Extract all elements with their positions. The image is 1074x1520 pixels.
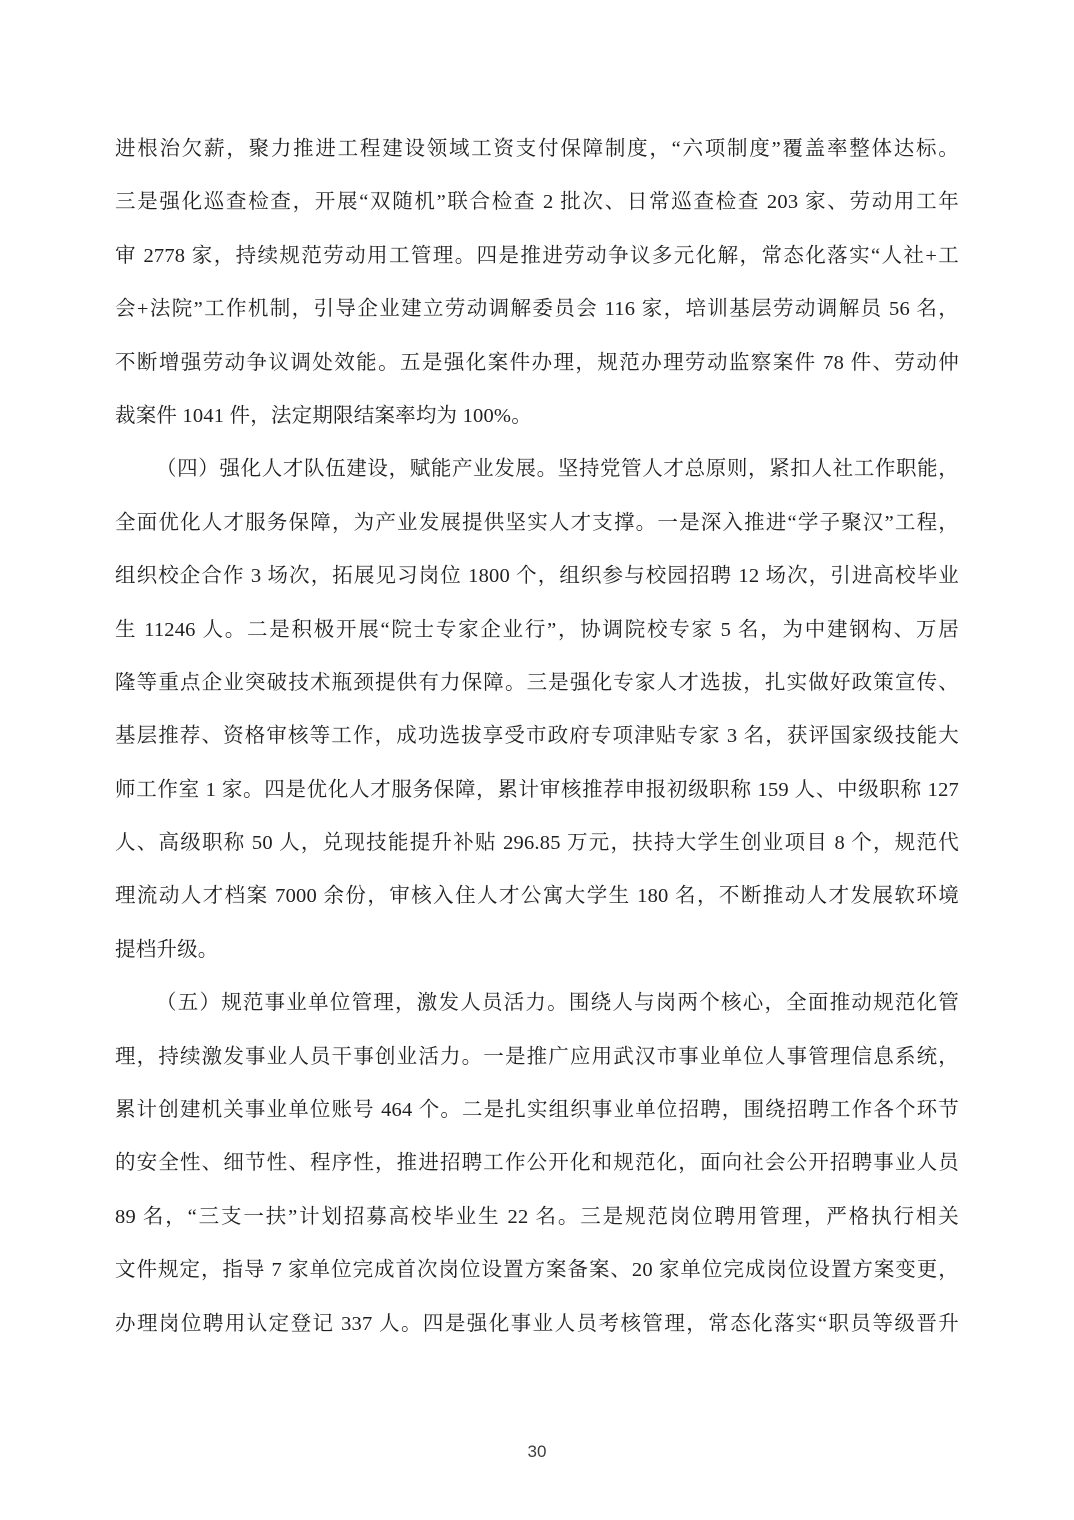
text-line: 进根治欠薪，聚力推进工程建设领域工资支付保障制度，“六项制度”覆盖率整体达标。 [115, 123, 959, 176]
document-body: 进根治欠薪，聚力推进工程建设领域工资支付保障制度，“六项制度”覆盖率整体达标。三… [115, 123, 959, 1351]
text-line: 隆等重点企业突破技术瓶颈提供有力保障。三是强化专家人才选拔，扎实做好政策宣传、 [115, 657, 959, 710]
text-line: 组织校企合作 3 场次，拓展见习岗位 1800 个，组织参与校园招聘 12 场次… [115, 550, 959, 603]
text-line: 人、高级职称 50 人，兑现技能提升补贴 296.85 万元，扶持大学生创业项目… [115, 817, 959, 870]
text-line: 裁案件 1041 件，法定期限结案率均为 100%。 [115, 390, 959, 443]
text-line: 提档升级。 [115, 924, 959, 977]
text-line: （四）强化人才队伍建设，赋能产业发展。坚持党管人才总原则，紧扣人社工作职能， [115, 443, 959, 496]
text-line: 89 名，“三支一扶”计划招募高校毕业生 22 名。三是规范岗位聘用管理，严格执… [115, 1191, 959, 1244]
text-line: 不断增强劳动争议调处效能。五是强化案件办理，规范办理劳动监察案件 78 件、劳动… [115, 337, 959, 390]
text-line: 师工作室 1 家。四是优化人才服务保障，累计审核推荐申报初级职称 159 人、中… [115, 764, 959, 817]
text-line: 审 2778 家，持续规范劳动用工管理。四是推进劳动争议多元化解，常态化落实“人… [115, 230, 959, 283]
text-line: 办理岗位聘用认定登记 337 人。四是强化事业人员考核管理，常态化落实“职员等级… [115, 1298, 959, 1351]
text-line: 会+法院”工作机制，引导企业建立劳动调解委员会 116 家，培训基层劳动调解员 … [115, 283, 959, 336]
text-line: 基层推荐、资格审核等工作，成功选拔享受市政府专项津贴专家 3 名，获评国家级技能… [115, 710, 959, 763]
text-line: 文件规定，指导 7 家单位完成首次岗位设置方案备案、20 家单位完成岗位设置方案… [115, 1244, 959, 1297]
text-line: 的安全性、细节性、程序性，推进招聘工作公开化和规范化，面向社会公开招聘事业人员 [115, 1137, 959, 1190]
page-number: 30 [0, 1442, 1074, 1462]
text-line: 累计创建机关事业单位账号 464 个。二是扎实组织事业单位招聘，围绕招聘工作各个… [115, 1084, 959, 1137]
text-line: 理流动人才档案 7000 余份，审核入住人才公寓大学生 180 名，不断推动人才… [115, 870, 959, 923]
text-line: 全面优化人才服务保障，为产业发展提供坚实人才支撑。一是深入推进“学子聚汉”工程， [115, 497, 959, 550]
document-page: 进根治欠薪，聚力推进工程建设领域工资支付保障制度，“六项制度”覆盖率整体达标。三… [0, 0, 1074, 1520]
text-line: 三是强化巡查检查，开展“双随机”联合检查 2 批次、日常巡查检查 203 家、劳… [115, 176, 959, 229]
text-line: 生 11246 人。二是积极开展“院士专家企业行”，协调院校专家 5 名，为中建… [115, 604, 959, 657]
text-line: 理，持续激发事业人员干事创业活力。一是推广应用武汉市事业单位人事管理信息系统， [115, 1031, 959, 1084]
text-line: （五）规范事业单位管理，激发人员活力。围绕人与岗两个核心，全面推动规范化管 [115, 977, 959, 1030]
